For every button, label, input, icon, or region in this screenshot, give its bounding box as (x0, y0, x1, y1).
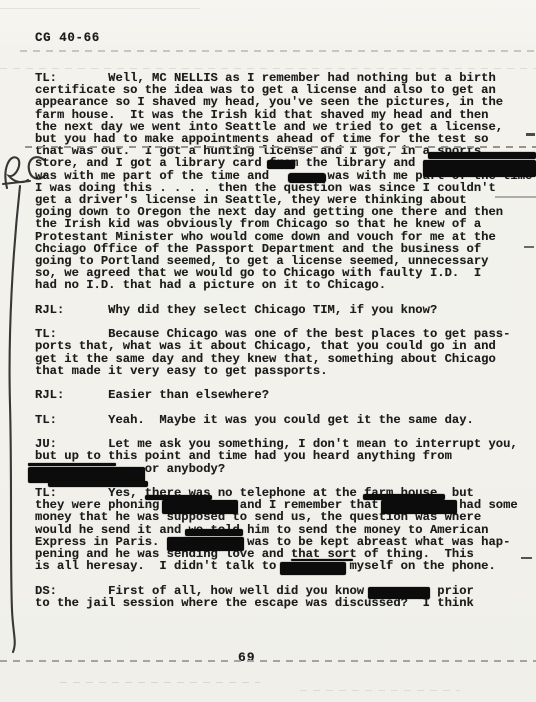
scan-line (521, 557, 532, 559)
scan-line (526, 133, 535, 136)
scan-line (20, 50, 536, 52)
redaction-box (291, 559, 353, 561)
document-page: CG 40-66 TL: Well, MC NELLIS as I rememb… (0, 0, 536, 702)
redaction-box (280, 562, 346, 575)
redaction-box (48, 481, 148, 487)
document-id: CG 40-66 (35, 31, 100, 45)
redaction-box (368, 587, 430, 599)
scan-line (25, 146, 536, 148)
redaction-box (428, 152, 536, 159)
redaction-box (167, 537, 244, 551)
redaction-box (423, 160, 536, 177)
scan-line (495, 196, 536, 198)
redaction-box (185, 529, 243, 536)
scan-line (60, 682, 260, 683)
redaction-box (363, 494, 445, 500)
redaction-box (381, 500, 457, 514)
scan-line (300, 690, 460, 691)
redaction-box (288, 173, 326, 183)
scan-line (0, 68, 536, 69)
redaction-box (162, 500, 238, 514)
redaction-box (28, 463, 116, 466)
redaction-box (267, 160, 295, 169)
scan-line (524, 246, 534, 248)
scan-line (0, 8, 200, 9)
page-number: 69 (238, 651, 256, 665)
scan-line (0, 660, 536, 662)
